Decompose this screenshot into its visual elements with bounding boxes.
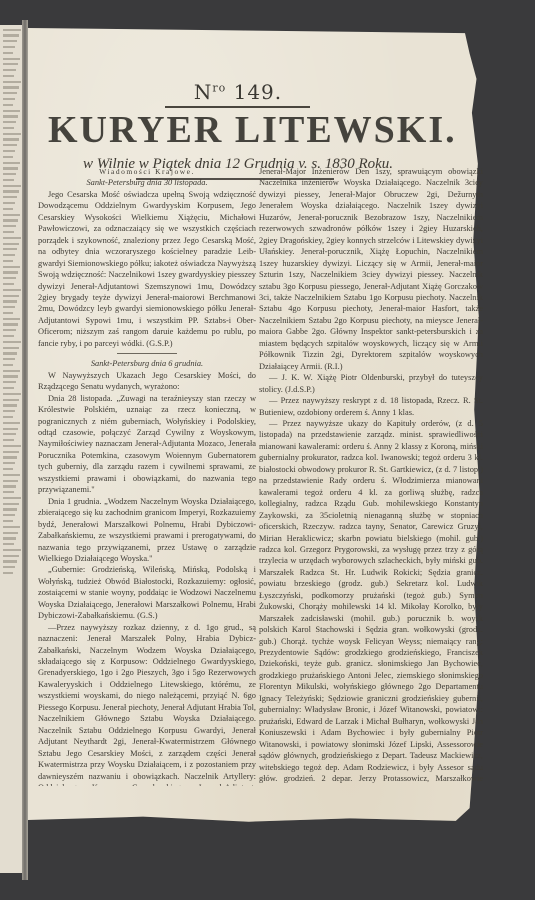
article-text: Jego Cesarska Mość oświadcza upełną Swoj… <box>38 189 256 349</box>
adjacent-text-fragment <box>3 295 19 297</box>
adjacent-text-fragment <box>3 428 18 430</box>
adjacent-text-fragment <box>3 52 13 54</box>
adjacent-text-fragment <box>3 237 21 239</box>
adjacent-text-fragment <box>3 173 16 175</box>
adjacent-text-fragment <box>3 104 13 106</box>
adjacent-text-fragment <box>3 399 19 401</box>
adjacent-text-fragment <box>3 375 18 377</box>
adjacent-text-fragment <box>3 138 19 140</box>
adjacent-text-fragment <box>3 503 19 505</box>
adjacent-text-fragment <box>3 144 17 146</box>
adjacent-text-fragment <box>3 29 21 31</box>
adjacent-text-fragment <box>3 433 16 435</box>
adjacent-text-fragment <box>3 248 17 250</box>
adjacent-text-fragment <box>3 196 17 198</box>
adjacent-text-fragment <box>3 318 20 320</box>
adjacent-text-fragment <box>3 277 16 279</box>
article-text: Dnia 1 grudnia. „Wodzem Naczelnym Woyska… <box>38 496 256 565</box>
adjacent-text-fragment <box>3 370 20 372</box>
adjacent-text-fragment <box>3 179 14 181</box>
adjacent-text-fragment <box>3 167 18 169</box>
adjacent-text-fragment <box>3 254 15 256</box>
left-column: Wiadomości Krajowe. Sankt-Petersburg dni… <box>38 166 256 786</box>
adjacent-text-fragment <box>3 566 15 568</box>
adjacent-text-fragment <box>3 358 15 360</box>
adjacent-text-fragment <box>3 456 17 458</box>
adjacent-text-fragment <box>3 537 16 539</box>
adjacent-text-fragment <box>3 225 16 227</box>
adjacent-text-fragment <box>3 121 16 123</box>
adjacent-text-fragment <box>3 58 20 60</box>
article-text: Dnia 28 listopada. „Zuwagi na teraźnieys… <box>38 393 256 496</box>
article-text: W Naywyższych Ukazach Jego Cesarskiey Mo… <box>38 370 256 393</box>
article-place-date: Sankt-Petersburg dnia 30 listopada. <box>38 177 256 188</box>
binding-gutter <box>22 20 28 880</box>
adjacent-text-fragment <box>3 329 16 331</box>
adjacent-text-fragment <box>3 306 15 308</box>
adjacent-text-fragment <box>3 462 15 464</box>
article-text: Jenerał-Major Inżenierów Den 1szy, spraw… <box>259 166 483 372</box>
adjacent-text-fragment <box>3 520 13 522</box>
adjacent-text-fragment <box>3 260 13 262</box>
adjacent-text-fragment <box>3 416 13 418</box>
adjacent-text-fragment <box>3 162 20 164</box>
adjacent-text-fragment <box>3 185 21 187</box>
adjacent-text-fragment <box>3 208 13 210</box>
adjacent-text-fragment <box>3 271 18 273</box>
adjacent-text-fragment <box>3 243 19 245</box>
adjacent-text-fragment <box>3 491 14 493</box>
adjacent-text-fragment <box>3 543 14 545</box>
issue-number-value: 149. <box>234 80 283 104</box>
adjacent-text-fragment <box>3 300 17 302</box>
adjacent-text-fragment <box>3 92 17 94</box>
adjacent-text-fragment <box>3 480 18 482</box>
right-column: Jenerał-Major Inżenierów Den 1szy, spraw… <box>259 166 483 786</box>
adjacent-text-fragment <box>3 231 14 233</box>
article-separator <box>117 353 177 354</box>
adjacent-text-fragment <box>3 572 13 574</box>
adjacent-text-fragment <box>3 81 21 83</box>
adjacent-text-fragment <box>3 190 19 192</box>
adjacent-text-fragment <box>3 156 13 158</box>
adjacent-text-fragment <box>3 393 21 395</box>
article-place-date: Sankt-Petersburg dnia 6 grudnia. <box>38 358 256 369</box>
adjacent-text-fragment <box>3 312 13 314</box>
adjacent-text-fragment <box>3 341 21 343</box>
adjacent-text-fragment <box>3 352 17 354</box>
adjacent-text-fragment <box>3 75 14 77</box>
adjacent-text-fragment <box>3 150 15 152</box>
adjacent-text-fragment <box>3 98 15 100</box>
adjacent-text-fragment <box>3 381 16 383</box>
adjacent-text-fragment <box>3 266 20 268</box>
adjacent-text-fragment <box>3 335 14 337</box>
adjacent-text-fragment <box>3 445 21 447</box>
adjacent-text-fragment <box>3 115 18 117</box>
article-text: — Przez naywyższe ukazy do Kapituły orde… <box>259 418 483 786</box>
adjacent-text-fragment <box>3 46 15 48</box>
adjacent-text-fragment <box>3 214 20 216</box>
article-text: — J. K. W. Xiążę Piotr Oldenburski, przy… <box>259 372 483 395</box>
adjacent-text-fragment <box>3 202 15 204</box>
adjacent-text-fragment <box>3 133 21 135</box>
adjacent-text-fragment <box>3 86 19 88</box>
adjacent-text-fragment <box>3 127 14 129</box>
adjacent-text-fragment <box>3 283 14 285</box>
adjacent-text-fragment <box>3 69 16 71</box>
issue-number-suffix: ro <box>212 81 226 94</box>
adjacent-text-fragment <box>3 439 14 441</box>
adjacent-text-fragment <box>3 532 18 534</box>
adjacent-page-edge <box>0 25 23 873</box>
adjacent-text-fragment <box>3 347 19 349</box>
adjacent-text-fragment <box>3 404 17 406</box>
adjacent-text-fragment <box>3 289 21 291</box>
adjacent-text-fragment <box>3 485 16 487</box>
adjacent-text-fragment <box>3 451 19 453</box>
adjacent-text-fragment <box>3 219 18 221</box>
adjacent-text-fragment <box>3 508 17 510</box>
article-text: — Przez naywyższy reskrypt z d. 18 listo… <box>259 395 483 418</box>
adjacent-text-fragment <box>3 323 18 325</box>
adjacent-text-fragment <box>3 422 20 424</box>
newspaper-title: KURYER LITEWSKI. <box>48 108 448 152</box>
adjacent-text-fragment <box>3 497 21 499</box>
adjacent-text-fragment <box>3 410 15 412</box>
adjacent-text-fragment <box>3 364 13 366</box>
issue-number-prefix: N <box>194 80 213 104</box>
adjacent-text-fragment <box>3 387 14 389</box>
issue-number: Nro 149. <box>28 80 448 104</box>
adjacent-text-fragment <box>3 34 19 36</box>
adjacent-text-fragment <box>3 526 20 528</box>
adjacent-text-fragment <box>3 63 18 65</box>
article-text: —Przez naywyższy rozkaz dzienny, z d. 1g… <box>38 622 256 786</box>
adjacent-text-fragment <box>3 40 17 42</box>
adjacent-text-fragment <box>3 560 17 562</box>
article-text: „Gubernie: Grodzieńską, Wileńską, Mińską… <box>38 564 256 621</box>
adjacent-text-fragment <box>3 474 20 476</box>
adjacent-text-fragment <box>3 514 15 516</box>
adjacent-text-fragment <box>3 549 21 551</box>
adjacent-text-fragment <box>3 555 19 557</box>
section-heading: Wiadomości Krajowe. <box>38 166 256 177</box>
adjacent-text-fragment <box>3 468 13 470</box>
adjacent-text-fragment <box>3 110 20 112</box>
